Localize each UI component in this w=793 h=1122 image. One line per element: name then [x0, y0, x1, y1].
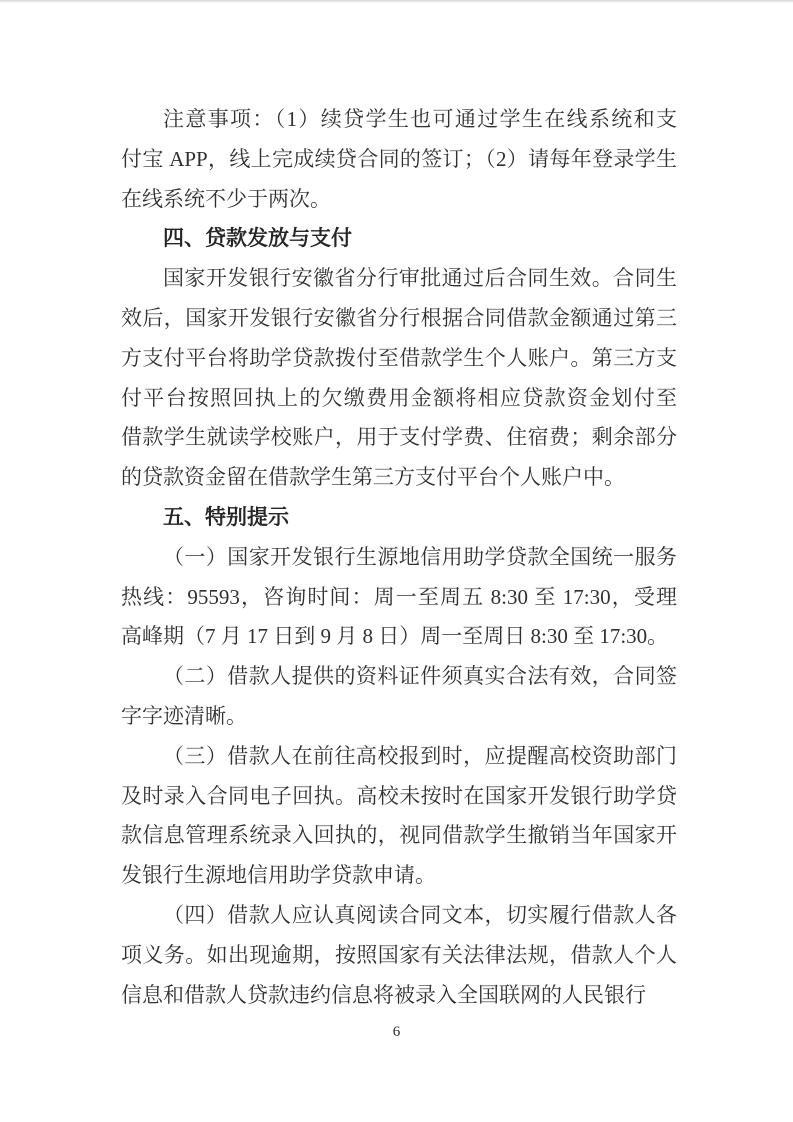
text-line: 在线系统不少于两次。	[121, 180, 677, 220]
section-4-heading: 四、贷款发放与支付	[121, 219, 677, 259]
text-line: （三）借款人在前往高校报到时，应提醒高校资助部门	[121, 737, 677, 777]
tip-1-paragraph: （一）国家开发银行生源地信用助学贷款全国统一服务热线：95593，咨询时间：周一…	[121, 538, 677, 657]
text-line: 注意事项：（1）续贷学生也可通过学生在线系统和支	[121, 100, 677, 140]
text-line: 字字迹清晰。	[121, 697, 677, 737]
document-body: 注意事项：（1）续贷学生也可通过学生在线系统和支付宝 APP，线上完成续贷合同的…	[121, 100, 677, 1015]
text-line: 的贷款资金留在借款学生第三方支付平台个人账户中。	[121, 458, 677, 498]
text-line: 五、特别提示	[121, 498, 677, 538]
disbursement-paragraph: 国家开发银行安徽省分行审批通过后合同生效。合同生效后，国家开发银行安徽省分行根据…	[121, 259, 677, 498]
text-line: 付平台按照回执上的欠缴费用金额将相应贷款资金划付至	[121, 379, 677, 419]
text-line: 付宝 APP，线上完成续贷合同的签订；（2）请每年登录学生	[121, 140, 677, 180]
text-line: 热线：95593，咨询时间：周一至周五 8:30 至 17:30，受理	[121, 578, 677, 618]
text-line: 信息和借款人贷款违约信息将被录入全国联网的人民银行	[121, 976, 677, 1016]
text-line: 款信息管理系统录入回执的，视同借款学生撤销当年国家开	[121, 816, 677, 856]
text-line: 效后，国家开发银行安徽省分行根据合同借款金额通过第三	[121, 299, 677, 339]
document-page: 注意事项：（1）续贷学生也可通过学生在线系统和支付宝 APP，线上完成续贷合同的…	[0, 0, 793, 1122]
text-line: 发银行生源地信用助学贷款申请。	[121, 856, 677, 896]
page-number: 6	[0, 1022, 793, 1042]
text-line: 方支付平台将助学贷款拨付至借款学生个人账户。第三方支	[121, 339, 677, 379]
notes-paragraph: 注意事项：（1）续贷学生也可通过学生在线系统和支付宝 APP，线上完成续贷合同的…	[121, 100, 677, 219]
text-line: （二）借款人提供的资料证件须真实合法有效，合同签	[121, 657, 677, 697]
text-line: 借款学生就读学校账户，用于支付学费、住宿费；剩余部分	[121, 418, 677, 458]
text-line: 及时录入合同电子回执。高校未按时在国家开发银行助学贷	[121, 777, 677, 817]
page-top-edge	[0, 0, 793, 3]
tip-3-paragraph: （三）借款人在前往高校报到时，应提醒高校资助部门及时录入合同电子回执。高校未按时…	[121, 737, 677, 896]
text-line: 高峰期（7 月 17 日到 9 月 8 日）周一至周日 8:30 至 17:30…	[121, 617, 677, 657]
text-line: （四）借款人应认真阅读合同文本，切实履行借款人各	[121, 896, 677, 936]
text-line: 四、贷款发放与支付	[121, 219, 677, 259]
tip-2-paragraph: （二）借款人提供的资料证件须真实合法有效，合同签字字迹清晰。	[121, 657, 677, 737]
section-5-heading: 五、特别提示	[121, 498, 677, 538]
text-line: （一）国家开发银行生源地信用助学贷款全国统一服务	[121, 538, 677, 578]
text-line: 项义务。如出现逾期，按照国家有关法律法规，借款人个人	[121, 936, 677, 976]
tip-4-paragraph: （四）借款人应认真阅读合同文本，切实履行借款人各项义务。如出现逾期，按照国家有关…	[121, 896, 677, 1015]
text-line: 国家开发银行安徽省分行审批通过后合同生效。合同生	[121, 259, 677, 299]
